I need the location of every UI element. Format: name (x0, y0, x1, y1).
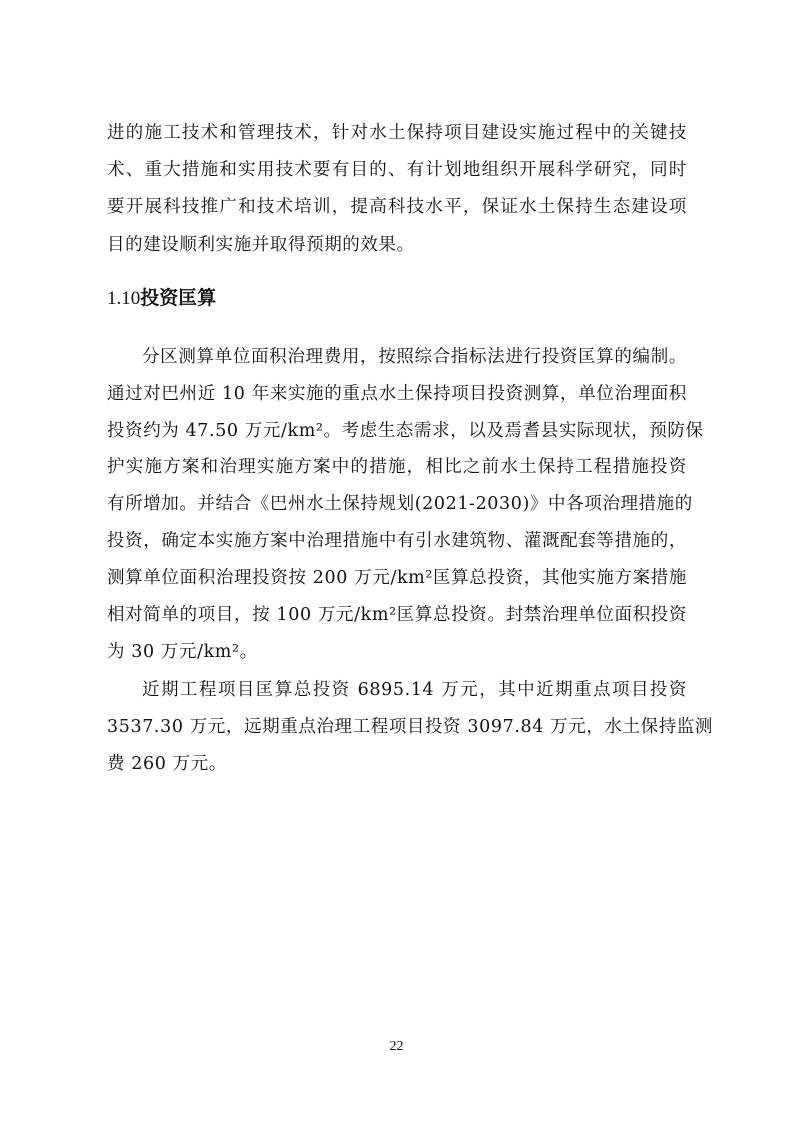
text-line: 目的建设顺利实施并取得预期的效果。 (107, 234, 687, 256)
text-line: 测算单位面积治理投资按 200 万元/km²匡算总投资，其他实施方案措施 (107, 567, 687, 589)
text-line: 近期工程项目匡算总投资 6895.14 万元，其中近期重点项目投资 (142, 679, 687, 701)
page-number: 22 (0, 1039, 793, 1055)
text-line: 3537.30 万元，远期重点治理工程项目投资 3097.84 万元，水土保持监… (107, 716, 687, 738)
text-line: 护实施方案和治理实施方案中的措施，相比之前水土保持工程措施投资 (107, 456, 687, 478)
text-line: 相对简单的项目，按 100 万元/km²匡算总投资。封禁治理单位面积投资 (107, 604, 687, 626)
section-heading: 1.10投资匡算 (107, 286, 216, 311)
text-line: 要开展科技推广和技术培训，提高科技水平，保证水土保持生态建设项 (107, 196, 687, 218)
text-line: 有所增加。并结合《巴州水土保持规划(2021-2030)》中各项治理措施的 (107, 493, 687, 515)
text-line: 投资约为 47.50 万元/km²。考虑生态需求，以及焉耆县实际现状，预防保 (107, 420, 687, 442)
document-page: 进的施工技术和管理技术，针对水土保持项目建设实施过程中的关键技 术、重大措施和实… (0, 0, 793, 1122)
text-line: 投资，确定本实施方案中治理措施中有引水建筑物、灌溉配套等措施的， (107, 530, 687, 552)
section-title: 投资匡算 (140, 287, 216, 309)
text-line: 分区测算单位面积治理费用，按照综合指标法进行投资匡算的编制。 (142, 346, 687, 368)
text-line: 术、重大措施和实用技术要有目的、有计划地组织开展科学研究，同时 (107, 159, 687, 181)
text-line: 费 260 万元。 (107, 753, 687, 775)
text-line: 进的施工技术和管理技术，针对水土保持项目建设实施过程中的关键技 (107, 122, 687, 144)
text-line: 通过对巴州近 10 年来实施的重点水土保持项目投资测算，单位治理面积 (107, 383, 687, 405)
section-number: 1.10 (107, 288, 140, 309)
text-line: 为 30 万元/km²。 (107, 641, 687, 663)
